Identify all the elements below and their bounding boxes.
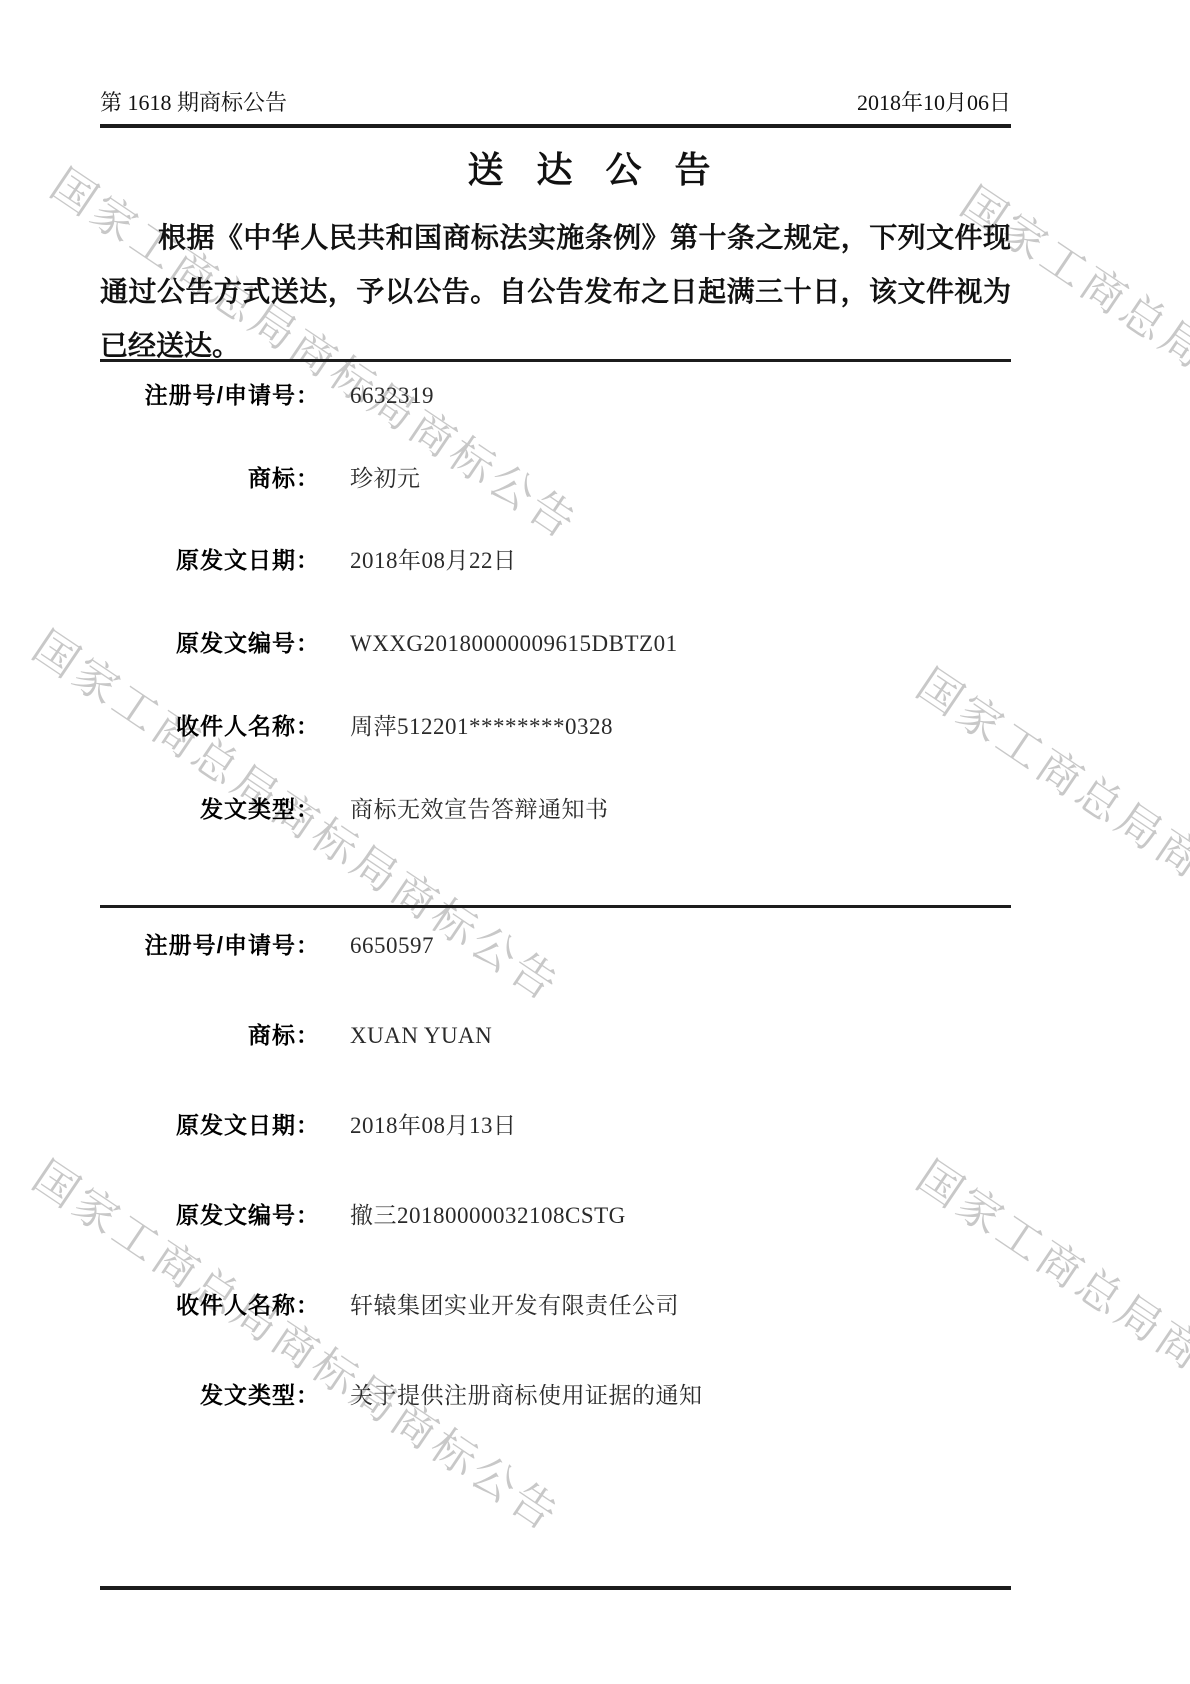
field-row-document-type: 发文类型： 商标无效宣告答辩通知书 [100,791,1011,824]
field-value: 2018年08月13日 [350,1107,517,1140]
field-label: 发文类型： [100,791,320,824]
field-label: 商标： [100,460,320,493]
field-row-original-document-number: 原发文编号： WXXG20180000009615DBTZ01 [100,625,1011,658]
field-value: WXXG20180000009615DBTZ01 [350,631,678,657]
field-row-trademark: 商标： XUAN YUAN [100,1017,1011,1050]
field-label: 原发文日期： [100,542,320,575]
page-title: 送 达 公 告 [0,142,1190,193]
field-label: 原发文编号： [100,625,320,658]
field-label: 原发文日期： [100,1107,320,1140]
field-label: 收件人名称： [100,1287,320,1320]
field-label: 注册号/申请号： [100,927,320,960]
field-label: 商标： [100,1017,320,1050]
field-value: 6632319 [350,383,434,409]
intro-paragraph: 根据《中华人民共和国商标法实施条例》第十条之规定，下列文件现通过公告方式送达，予… [100,212,1011,374]
field-label: 发文类型： [100,1377,320,1410]
field-label: 原发文编号： [100,1197,320,1230]
gazette-issue-number: 第 1618 期商标公告 [100,86,287,117]
field-value: 6650597 [350,933,434,959]
field-row-original-issue-date: 原发文日期： 2018年08月13日 [100,1107,1011,1140]
field-value: 商标无效宣告答辩通知书 [350,791,609,824]
field-value: 关于提供注册商标使用证据的通知 [350,1377,703,1410]
field-value: 撤三20180000032108CSTG [350,1197,626,1230]
field-row-original-document-number: 原发文编号： 撤三20180000032108CSTG [100,1197,1011,1230]
field-value: 周萍512201********0328 [350,708,613,741]
page-header: 第 1618 期商标公告 2018年10月06日 [100,86,1011,117]
field-value: 轩辕集团实业开发有限责任公司 [350,1287,679,1320]
field-row-recipient-name: 收件人名称： 轩辕集团实业开发有限责任公司 [100,1287,1011,1320]
gazette-page: 国家工商总局商标局商标公告 国家工商总局商标局商标公告 国家工商总局商标局商标公… [0,0,1190,1684]
gazette-date: 2018年10月06日 [857,86,1011,117]
field-value: 2018年08月22日 [350,542,517,575]
bottom-divider [100,1586,1011,1590]
field-row-trademark: 商标： 珍初元 [100,460,1011,493]
field-label: 注册号/申请号： [100,377,320,410]
field-value: XUAN YUAN [350,1023,492,1049]
header-divider [100,124,1011,128]
field-row-registration-number: 注册号/申请号： 6632319 [100,377,1011,410]
field-value: 珍初元 [350,460,421,493]
field-row-original-issue-date: 原发文日期： 2018年08月22日 [100,542,1011,575]
field-row-document-type: 发文类型： 关于提供注册商标使用证据的通知 [100,1377,1011,1410]
field-row-recipient-name: 收件人名称： 周萍512201********0328 [100,708,1011,741]
section-divider-2 [100,905,1011,908]
field-row-registration-number: 注册号/申请号： 6650597 [100,927,1011,960]
field-label: 收件人名称： [100,708,320,741]
